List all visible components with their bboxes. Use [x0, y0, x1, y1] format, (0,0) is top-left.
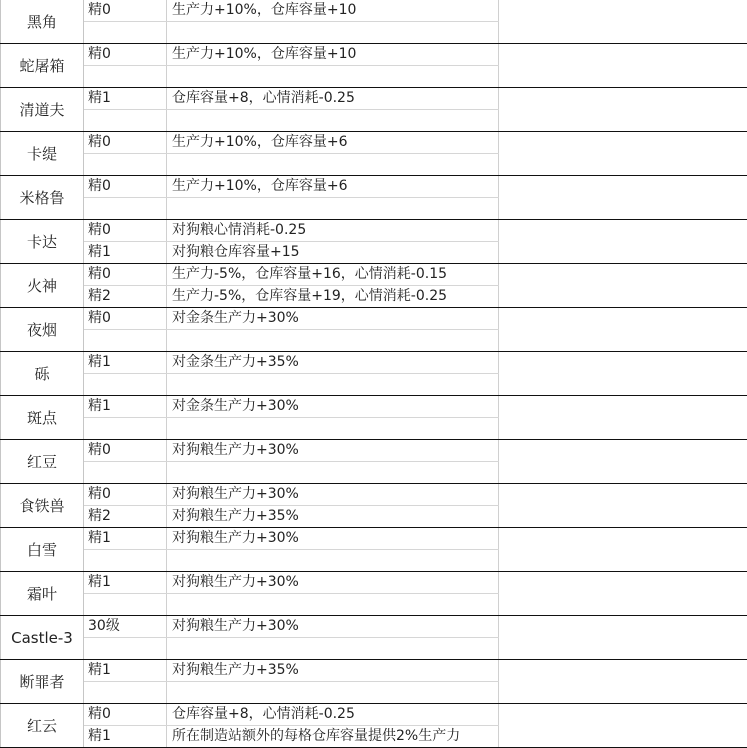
level-cell[interactable]: [84, 550, 167, 571]
effect-cell[interactable]: 对狗粮生产力+30%: [167, 440, 499, 461]
operator-group: 火神 精0 生产力-5%，仓库容量+16，心情消耗-0.15 精2 生产力-5%…: [0, 264, 747, 308]
effect-cell[interactable]: 对狗粮仓库容量+15: [167, 242, 499, 263]
operator-group: 红豆 精0 对狗粮生产力+30%: [0, 440, 747, 484]
level-cell[interactable]: 精1: [84, 352, 167, 373]
operator-name-cell[interactable]: 卡达: [0, 220, 84, 263]
effect-cell[interactable]: 对狗粮生产力+30%: [167, 528, 499, 549]
empty-area[interactable]: [499, 440, 747, 483]
level-cell[interactable]: 精0: [84, 440, 167, 461]
effect-cell[interactable]: 对狗粮生产力+30%: [167, 484, 499, 505]
skill-row: [84, 638, 499, 659]
operator-name-cell[interactable]: 霜叶: [0, 572, 84, 615]
effect-cell[interactable]: 生产力+10%，仓库容量+10: [167, 44, 499, 65]
skill-row: 精2 对狗粮生产力+35%: [84, 506, 499, 527]
operator-group: 食铁兽 精0 对狗粮生产力+30% 精2 对狗粮生产力+35%: [0, 484, 747, 528]
effect-cell[interactable]: [167, 550, 499, 571]
skill-row: [84, 462, 499, 483]
effect-cell[interactable]: 生产力-5%，仓库容量+16，心情消耗-0.15: [167, 264, 499, 285]
empty-area[interactable]: [499, 176, 747, 219]
level-cell[interactable]: 精1: [84, 396, 167, 417]
operator-group: 斑点 精1 对金条生产力+30%: [0, 396, 747, 440]
skill-rows: 精0 仓库容量+8，心情消耗-0.25 精1 所在制造站额外的每格仓库容量提供2…: [84, 704, 499, 747]
level-cell[interactable]: [84, 154, 167, 175]
effect-cell[interactable]: 对金条生产力+30%: [167, 396, 499, 417]
skill-rows: 精1 对金条生产力+35%: [84, 352, 499, 395]
level-cell[interactable]: [84, 198, 167, 219]
effect-cell[interactable]: [167, 638, 499, 659]
operator-name-cell[interactable]: 砾: [0, 352, 84, 395]
effect-cell[interactable]: [167, 22, 499, 43]
level-cell[interactable]: 精1: [84, 726, 167, 747]
effect-cell[interactable]: [167, 154, 499, 175]
effect-cell[interactable]: 所在制造站额外的每格仓库容量提供2%生产力: [167, 726, 499, 747]
operator-group: 黑角 精0 生产力+10%，仓库容量+10: [0, 0, 747, 44]
operator-name-cell[interactable]: 黑角: [0, 0, 84, 43]
level-cell[interactable]: [84, 418, 167, 439]
effect-cell[interactable]: 对金条生产力+35%: [167, 352, 499, 373]
operator-name-cell[interactable]: 夜烟: [0, 308, 84, 351]
level-cell[interactable]: 精0: [84, 220, 167, 241]
level-cell[interactable]: [84, 638, 167, 659]
skill-rows: 精0 对狗粮心情消耗-0.25 精1 对狗粮仓库容量+15: [84, 220, 499, 263]
skill-row: 精1 对狗粮生产力+30%: [84, 572, 499, 594]
skill-row: 精2 生产力-5%，仓库容量+19，心情消耗-0.25: [84, 286, 499, 307]
operator-group: 红云 精0 仓库容量+8，心情消耗-0.25 精1 所在制造站额外的每格仓库容量…: [0, 704, 747, 748]
operator-group: 夜烟 精0 对金条生产力+30%: [0, 308, 747, 352]
skill-row: [84, 22, 499, 43]
skill-row: [84, 374, 499, 395]
level-cell[interactable]: 精1: [84, 572, 167, 593]
skill-row: [84, 66, 499, 87]
effect-cell[interactable]: 仓库容量+8，心情消耗-0.25: [167, 704, 499, 725]
skill-rows: 精0 生产力+10%，仓库容量+6: [84, 176, 499, 219]
effect-cell[interactable]: 对狗粮生产力+30%: [167, 572, 499, 593]
empty-area[interactable]: [499, 572, 747, 615]
operator-group: 霜叶 精1 对狗粮生产力+30%: [0, 572, 747, 616]
level-cell[interactable]: [84, 374, 167, 395]
effect-cell[interactable]: 生产力+10%，仓库容量+6: [167, 132, 499, 153]
operator-name-cell[interactable]: 蛇屠箱: [0, 44, 84, 87]
effect-cell[interactable]: [167, 418, 499, 439]
effect-cell[interactable]: 对金条生产力+30%: [167, 308, 499, 329]
effect-cell[interactable]: 仓库容量+8，心情消耗-0.25: [167, 88, 499, 109]
level-cell[interactable]: [84, 110, 167, 131]
operator-name-cell[interactable]: Castle-3: [0, 616, 84, 659]
operator-group: 断罪者 精1 对狗粮生产力+35%: [0, 660, 747, 704]
skill-rows: 精0 对狗粮生产力+30%: [84, 440, 499, 483]
operator-group: 白雪 精1 对狗粮生产力+30%: [0, 528, 747, 572]
operator-group: 卡缇 精0 生产力+10%，仓库容量+6: [0, 132, 747, 176]
empty-area[interactable]: [499, 484, 747, 527]
skill-row: 精0 生产力+10%，仓库容量+6: [84, 176, 499, 198]
level-cell[interactable]: 精0: [84, 176, 167, 197]
empty-area[interactable]: [499, 660, 747, 703]
skill-row: 精0 对狗粮生产力+30%: [84, 440, 499, 462]
operator-name-cell[interactable]: 火神: [0, 264, 84, 307]
skill-rows: 精1 对狗粮生产力+35%: [84, 660, 499, 703]
skill-rows: 精0 生产力+10%，仓库容量+6: [84, 132, 499, 175]
level-cell[interactable]: [84, 682, 167, 703]
effect-cell[interactable]: [167, 110, 499, 131]
empty-area[interactable]: [499, 88, 747, 131]
level-cell[interactable]: 精2: [84, 506, 167, 527]
level-cell[interactable]: 30级: [84, 616, 167, 637]
operator-name-cell[interactable]: 红豆: [0, 440, 84, 483]
effect-cell[interactable]: [167, 198, 499, 219]
level-cell[interactable]: 精0: [84, 0, 167, 21]
skill-row: 精0 仓库容量+8，心情消耗-0.25: [84, 704, 499, 726]
skill-row: 精0 生产力-5%，仓库容量+16，心情消耗-0.15: [84, 264, 499, 286]
skill-row: 精1 所在制造站额外的每格仓库容量提供2%生产力: [84, 726, 499, 747]
effect-cell[interactable]: 生产力-5%，仓库容量+19，心情消耗-0.25: [167, 286, 499, 307]
skill-rows: 精0 生产力-5%，仓库容量+16，心情消耗-0.15 精2 生产力-5%，仓库…: [84, 264, 499, 307]
operator-name-cell[interactable]: 食铁兽: [0, 484, 84, 527]
skill-row: 精0 对狗粮心情消耗-0.25: [84, 220, 499, 242]
operator-group: Castle-3 30级 对狗粮生产力+30%: [0, 616, 747, 660]
empty-area[interactable]: [499, 704, 747, 747]
operator-name-cell[interactable]: 红云: [0, 704, 84, 747]
empty-area[interactable]: [499, 616, 747, 659]
empty-area[interactable]: [499, 396, 747, 439]
skill-row: 精0 生产力+10%，仓库容量+6: [84, 132, 499, 154]
skill-row: [84, 550, 499, 571]
empty-area[interactable]: [499, 352, 747, 395]
effect-cell[interactable]: [167, 594, 499, 615]
skill-row: [84, 110, 499, 131]
operator-name-cell[interactable]: 断罪者: [0, 660, 84, 703]
skill-row: 精0 生产力+10%，仓库容量+10: [84, 0, 499, 22]
operator-name-cell[interactable]: 米格鲁: [0, 176, 84, 219]
skill-row: [84, 418, 499, 439]
level-cell[interactable]: [84, 22, 167, 43]
skill-row: 精1 对狗粮仓库容量+15: [84, 242, 499, 263]
skill-rows: 精0 对金条生产力+30%: [84, 308, 499, 351]
skill-row: [84, 682, 499, 703]
effect-cell[interactable]: [167, 330, 499, 351]
level-cell[interactable]: 精1: [84, 242, 167, 263]
operator-group: 米格鲁 精0 生产力+10%，仓库容量+6: [0, 176, 747, 220]
effect-cell[interactable]: [167, 374, 499, 395]
skill-row: 精1 仓库容量+8，心情消耗-0.25: [84, 88, 499, 110]
effect-cell[interactable]: 对狗粮生产力+30%: [167, 616, 499, 637]
effect-cell[interactable]: 生产力+10%，仓库容量+6: [167, 176, 499, 197]
skill-rows: 精0 生产力+10%，仓库容量+10: [84, 44, 499, 87]
skill-row: 精1 对狗粮生产力+30%: [84, 528, 499, 550]
skill-row: 精1 对金条生产力+30%: [84, 396, 499, 418]
operator-group: 清道夫 精1 仓库容量+8，心情消耗-0.25: [0, 88, 747, 132]
skill-row: [84, 330, 499, 351]
effect-cell[interactable]: 生产力+10%，仓库容量+10: [167, 0, 499, 21]
operator-name-cell[interactable]: 斑点: [0, 396, 84, 439]
effect-cell[interactable]: 对狗粮心情消耗-0.25: [167, 220, 499, 241]
skill-row: [84, 198, 499, 219]
effect-cell[interactable]: 对狗粮生产力+35%: [167, 660, 499, 681]
empty-area[interactable]: [499, 44, 747, 87]
skill-rows: 精1 对狗粮生产力+30%: [84, 528, 499, 571]
skill-row: 精0 对狗粮生产力+30%: [84, 484, 499, 506]
effect-cell[interactable]: 对狗粮生产力+35%: [167, 506, 499, 527]
operator-group: 砾 精1 对金条生产力+35%: [0, 352, 747, 396]
skill-row: 30级 对狗粮生产力+30%: [84, 616, 499, 638]
empty-area[interactable]: [499, 0, 747, 43]
skill-row: 精1 对金条生产力+35%: [84, 352, 499, 374]
operator-name-cell[interactable]: 卡缇: [0, 132, 84, 175]
level-cell[interactable]: 精2: [84, 286, 167, 307]
skill-rows: 精1 仓库容量+8，心情消耗-0.25: [84, 88, 499, 131]
empty-area[interactable]: [499, 528, 747, 571]
spreadsheet-table: 黑角 精0 生产力+10%，仓库容量+10 蛇屠箱 精0 生产力+10%，仓库容…: [0, 0, 747, 748]
empty-area[interactable]: [499, 308, 747, 351]
empty-area[interactable]: [499, 264, 747, 307]
skill-row: [84, 594, 499, 615]
level-cell[interactable]: [84, 330, 167, 351]
level-cell[interactable]: 精1: [84, 88, 167, 109]
skill-row: 精0 生产力+10%，仓库容量+10: [84, 44, 499, 66]
operator-name-cell[interactable]: 清道夫: [0, 88, 84, 131]
skill-rows: 30级 对狗粮生产力+30%: [84, 616, 499, 659]
level-cell[interactable]: 精0: [84, 484, 167, 505]
skill-rows: 精1 对金条生产力+30%: [84, 396, 499, 439]
level-cell[interactable]: [84, 594, 167, 615]
operator-name-cell[interactable]: 白雪: [0, 528, 84, 571]
level-cell[interactable]: 精0: [84, 704, 167, 725]
skill-row: 精1 对狗粮生产力+35%: [84, 660, 499, 682]
level-cell[interactable]: 精0: [84, 132, 167, 153]
level-cell[interactable]: [84, 66, 167, 87]
effect-cell[interactable]: [167, 66, 499, 87]
skill-row: 精0 对金条生产力+30%: [84, 308, 499, 330]
level-cell[interactable]: 精1: [84, 528, 167, 549]
level-cell[interactable]: 精0: [84, 308, 167, 329]
level-cell[interactable]: [84, 462, 167, 483]
skill-row: [84, 154, 499, 175]
level-cell[interactable]: 精0: [84, 264, 167, 285]
level-cell[interactable]: 精1: [84, 660, 167, 681]
skill-rows: 精1 对狗粮生产力+30%: [84, 572, 499, 615]
level-cell[interactable]: 精0: [84, 44, 167, 65]
empty-area[interactable]: [499, 220, 747, 263]
operator-group: 卡达 精0 对狗粮心情消耗-0.25 精1 对狗粮仓库容量+15: [0, 220, 747, 264]
effect-cell[interactable]: [167, 462, 499, 483]
skill-rows: 精0 对狗粮生产力+30% 精2 对狗粮生产力+35%: [84, 484, 499, 527]
empty-area[interactable]: [499, 132, 747, 175]
operator-group: 蛇屠箱 精0 生产力+10%，仓库容量+10: [0, 44, 747, 88]
skill-rows: 精0 生产力+10%，仓库容量+10: [84, 0, 499, 43]
effect-cell[interactable]: [167, 682, 499, 703]
